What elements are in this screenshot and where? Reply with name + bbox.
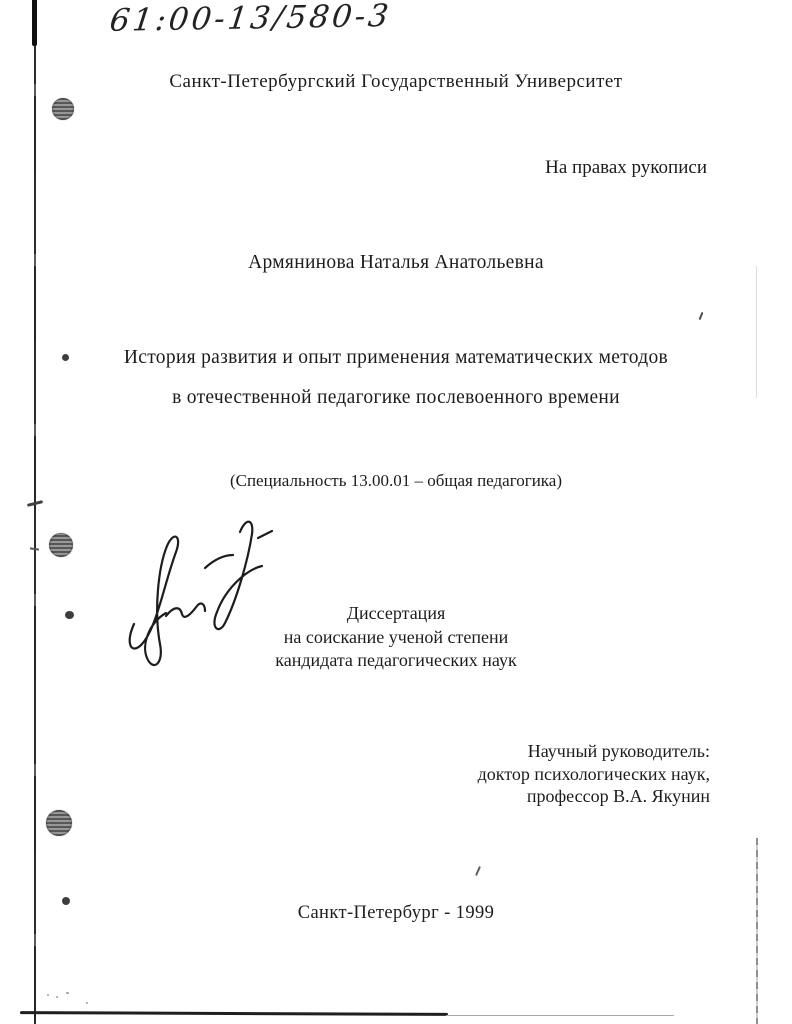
supervisor-line-2: доктор психологических наук, [478,763,710,786]
supervisor-line-1: Научный руководитель: [478,740,710,763]
degree-statement: Диссертация на соискание ученой степени … [0,602,792,673]
degree-line-1: Диссертация [0,602,792,626]
scan-right-edge-line [756,266,757,398]
dissertation-title-page: { "document": { "catalog_number": "61:00… [0,0,792,1024]
scan-right-edge-line [756,838,758,1024]
stray-tick-mark [699,312,704,320]
scan-left-edge-line [34,0,36,1024]
handwritten-catalog-number: 61:00-13/580-3 [108,0,442,39]
scan-edge-smudge [30,547,39,550]
dissertation-title-line1: История развития и опыт применения матем… [0,347,792,369]
scan-left-edge-thick-bar [32,0,37,46]
city-year-imprint: Санкт-Петербург - 1999 [0,903,792,924]
university-name: Санкт-Петербургский Государственный Унив… [0,71,792,93]
scan-speck [56,996,58,998]
scan-speck [86,1002,88,1004]
hole-punch-mark [49,533,73,557]
scan-speck [66,992,69,994]
scan-speck [47,994,49,996]
specialty-line: (Специальность 13.00.01 – общая педагоги… [0,471,792,491]
scan-bottom-edge-line [20,1011,448,1016]
stray-tick-mark [475,866,481,876]
dissertation-title-line2: в отечественной педагогике послевоенного… [0,387,792,409]
hole-punch-mark [52,98,74,120]
scan-bottom-edge-faint-line [446,1015,674,1016]
degree-line-3: кандидата педагогических наук [0,649,792,673]
supervisor-block: Научный руководитель: доктор психологиче… [478,740,710,808]
supervisor-line-3: профессор В.А. Якунин [478,785,710,808]
degree-line-2: на соискание ученой степени [0,626,792,650]
hole-punch-mark [46,810,72,836]
manuscript-rights-note: На правах рукописи [545,157,707,179]
author-name: Армянинова Наталья Анатольевна [0,252,792,274]
